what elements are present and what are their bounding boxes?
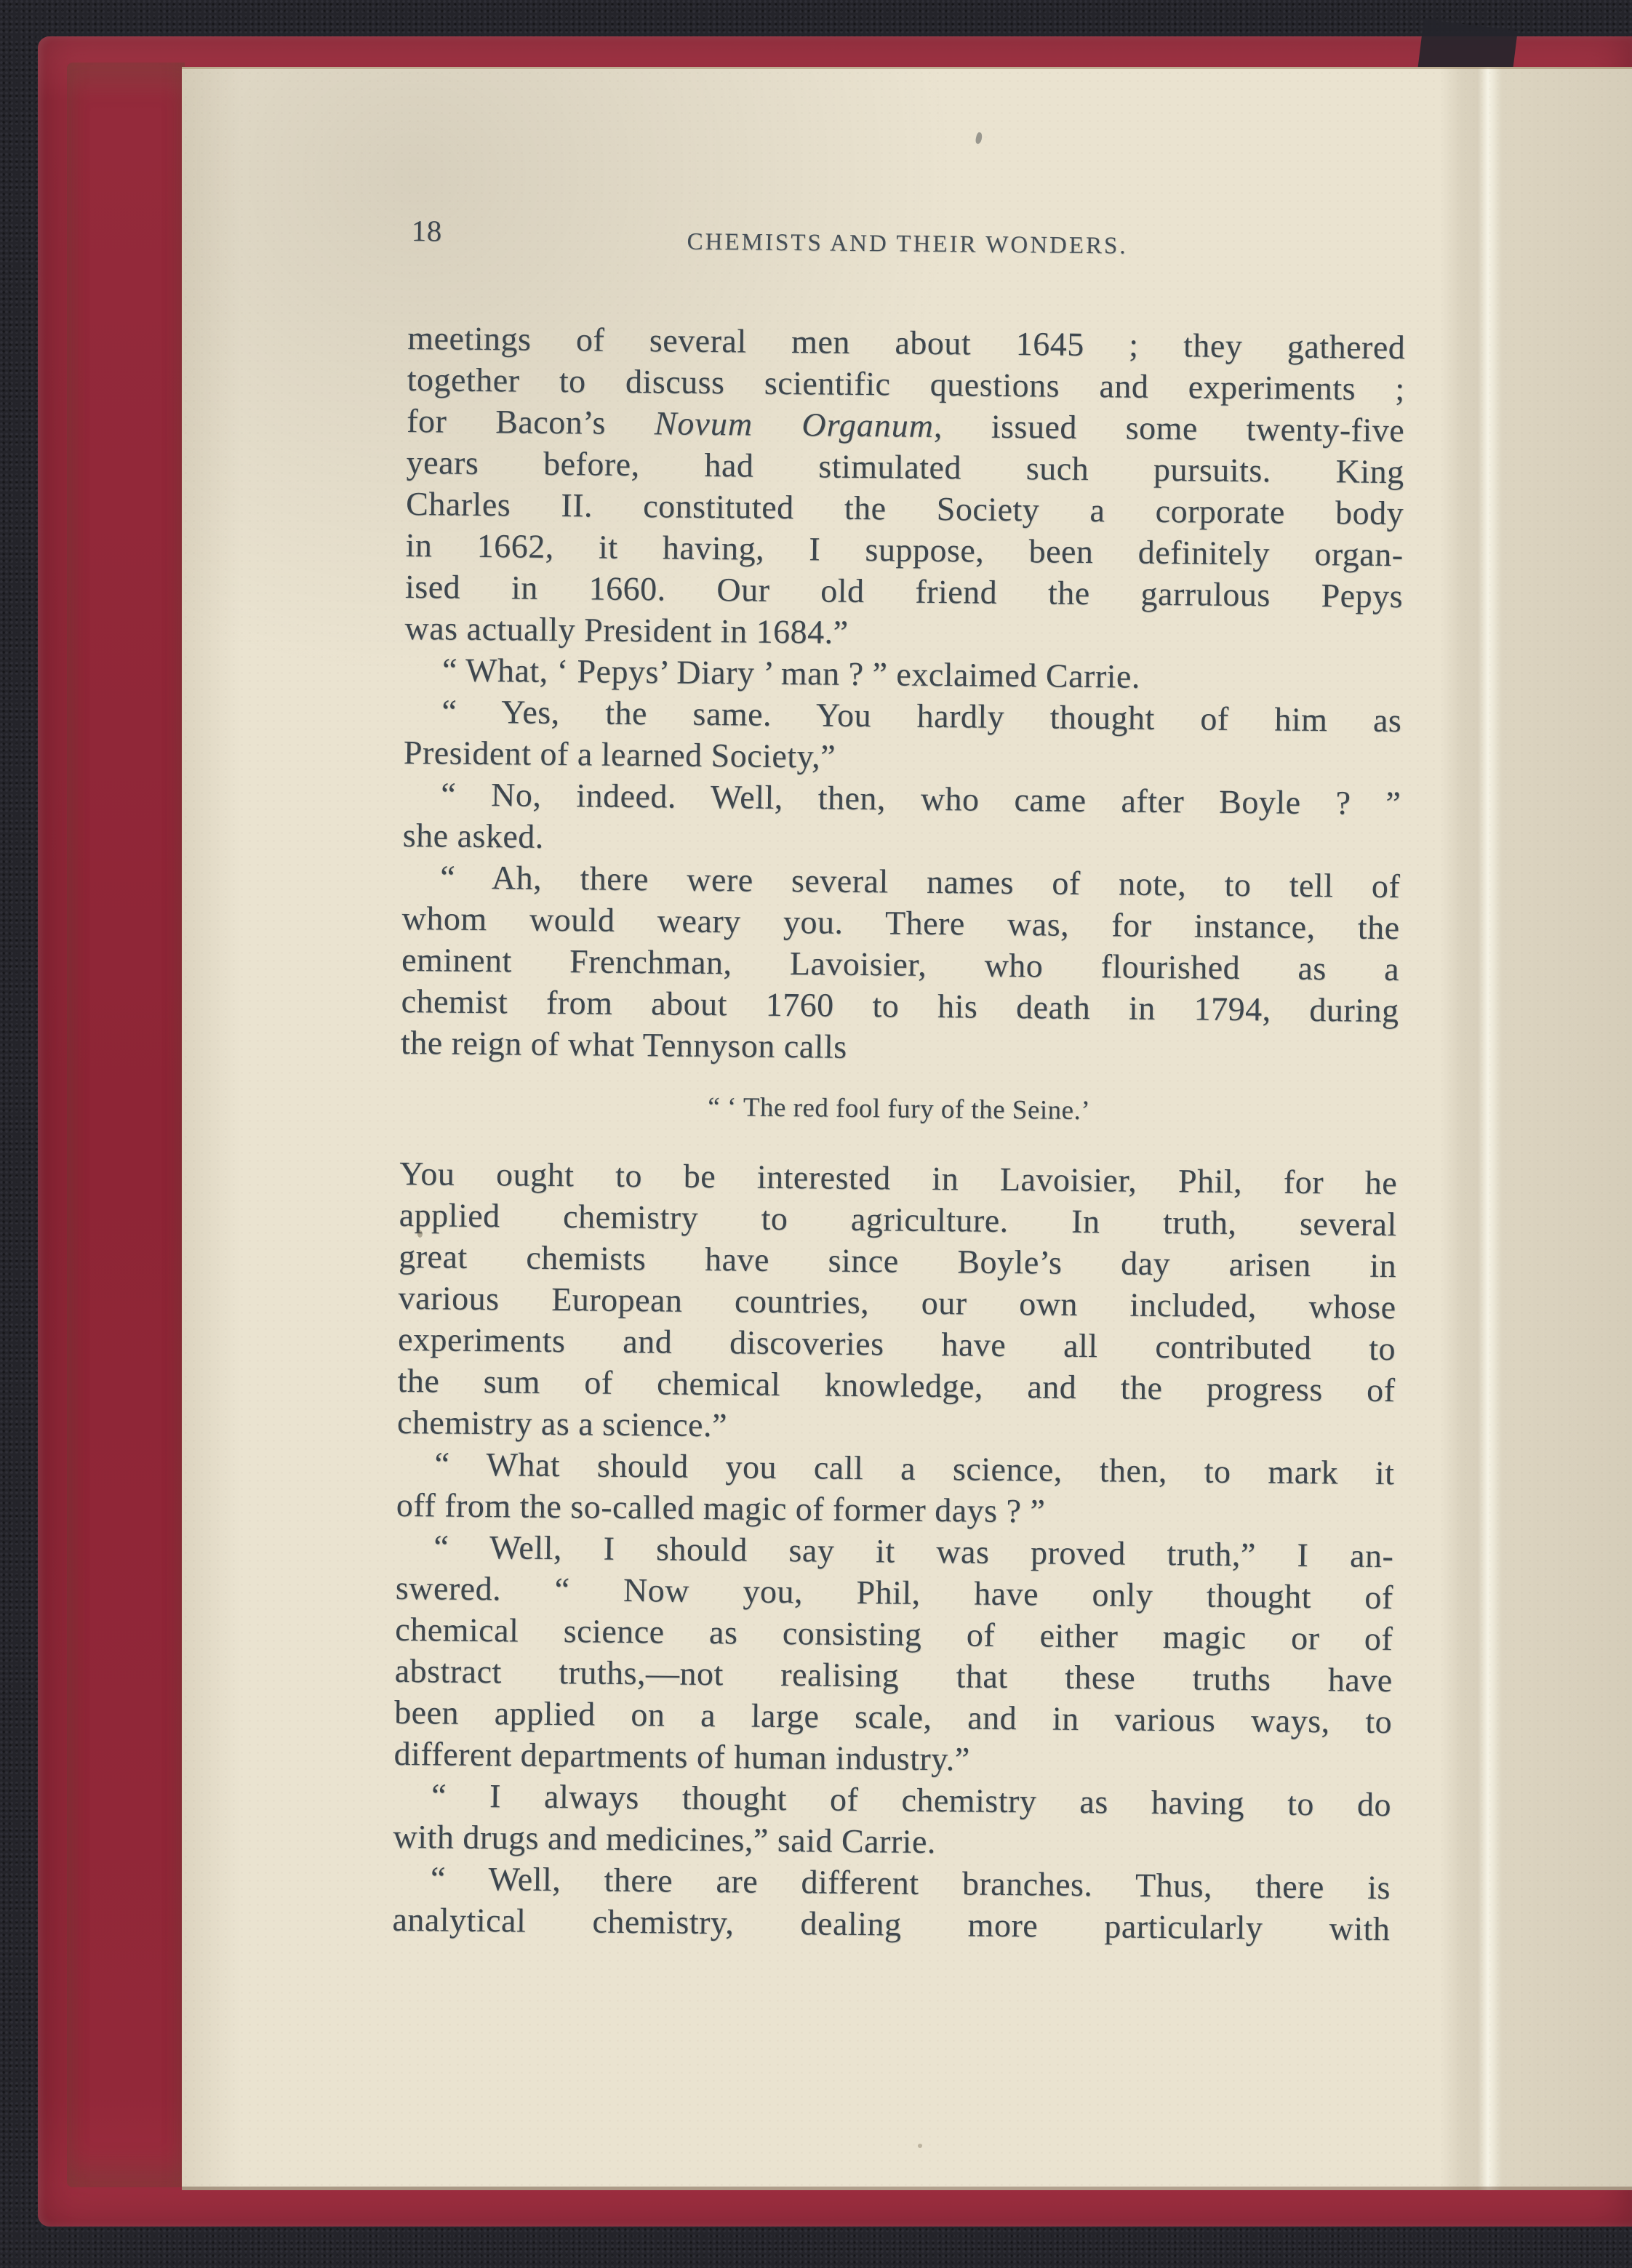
paper-speck	[417, 1230, 423, 1238]
page-text-block: 18 CHEMISTS AND THEIR WONDERS. meetings …	[392, 213, 1407, 1950]
italic-book-title: Novum Organum	[655, 404, 935, 444]
paper-speck	[918, 2144, 922, 2148]
fore-edge-page-stack	[67, 63, 185, 2187]
body-line-segment: , issued some twenty-five	[934, 407, 1405, 449]
verse-quote: “ ‘ The red fool fury of the Seine.’	[400, 1083, 1398, 1134]
page-number: 18	[411, 210, 442, 252]
running-header: CHEMISTS AND THEIR WONDERS.	[408, 213, 1407, 270]
body-line: analytical chemistry, dealing more parti…	[392, 1899, 1390, 1950]
body-line-segment: for Bacon’s	[407, 402, 655, 441]
photo-background: 18 CHEMISTS AND THEIR WONDERS. meetings …	[0, 0, 1632, 2268]
book-page: 18 CHEMISTS AND THEIR WONDERS. meetings …	[182, 67, 1632, 2190]
running-head-row: 18 CHEMISTS AND THEIR WONDERS.	[408, 213, 1406, 264]
